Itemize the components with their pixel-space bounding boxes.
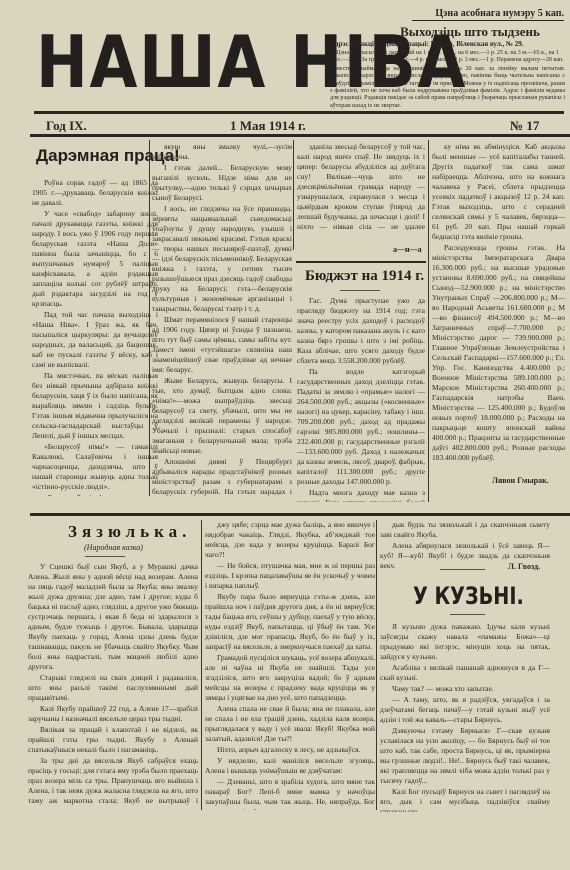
paragraph: ку німа як абмінуціся. Каб акцызы былі м… <box>432 142 565 242</box>
paragraph: Ніхто, апрыч адгалоску в лесу, не адзыва… <box>205 745 375 755</box>
paragraph: Гас. Дума прыступае ужо да прагляду бюдж… <box>297 296 425 366</box>
article-title-kuzni: У КУЗЬНІ. <box>413 582 524 610</box>
paragraph: Па мястэчках, па вёсках паліцыя без ніяк… <box>32 371 158 441</box>
masthead-rule <box>34 111 564 114</box>
column-divider <box>376 520 377 810</box>
paragraph: Пад той час пачала выходзіць і «Наша Нів… <box>32 310 158 370</box>
paragraph: дык будзь ты зязюлькай і да скапчэньня с… <box>380 520 550 540</box>
article-zyazyulka-col3: дык будзь ты зязюлькай і да скапчэньня с… <box>380 520 550 568</box>
article-budget-col1: Гас. Дума прыступае ужо да прагляду бюдж… <box>297 296 425 502</box>
paragraph: — Не бойся, птушачка мая, мне ж ні першы… <box>205 561 375 591</box>
paragraph: — Дзеваньі, што я зрабіла худога, што мя… <box>205 777 375 810</box>
paragraph: джу цябе; сэрца мае дужа баліць, а яно в… <box>205 520 375 560</box>
paragraph: Расходуюцца грошы гэтак. На міністэрства… <box>432 243 565 463</box>
header-rule <box>30 134 570 137</box>
paragraph: — А таму, што, як я радзіўся, увгадаўся … <box>380 695 550 725</box>
paragraph: Асабліва з вялікай пашанай адношуся я да… <box>380 663 550 683</box>
paragraph: Калі Якубу прайшоў 22 год, а Алене 17—зр… <box>28 704 198 724</box>
paragraph: У Сцешкі быў сын Якуб, а у Мурашкі дачка… <box>28 562 198 672</box>
paragraph: зданіла звесьці беларусоў у той час, кал… <box>297 142 425 232</box>
paragraph: Старыкі глядзелі на сваіх дзяцей і радав… <box>28 673 198 703</box>
issue-year: Год IX. <box>46 118 87 134</box>
paragraph: Чаму так? — можа хто запытае. <box>380 684 550 694</box>
column-divider <box>149 140 150 496</box>
paragraph: Па водле катэгорый гасударственных даход… <box>297 367 425 487</box>
column-divider <box>428 140 429 502</box>
article-darem-signature: а—н—а <box>393 245 422 254</box>
title-ornament <box>450 614 485 615</box>
article-budget-signature: Лявон Гмырак. <box>492 476 549 485</box>
issue-price: Цэна асобнага нумэру 5 кап. <box>412 8 564 21</box>
paragraph: Жыве Беларусь, жывуць беларусы. І тые, х… <box>152 376 292 456</box>
section-rule <box>296 261 426 263</box>
paragraph: Алена спала не свае й была; яна не плака… <box>205 704 375 744</box>
paragraph: Роўна сорак гадоў — ад 1865 да 1905 г.—д… <box>32 178 158 208</box>
paragraph: «Беларусоў німа!» — гаманілі Кавалюкі, С… <box>32 442 158 492</box>
article-zyazyulka-col1: У Сцешкі быў сын Якуб, а у Мурашкі дачка… <box>28 562 198 807</box>
issue-number: № 17 <box>510 118 539 134</box>
advertising-terms: Абвесткі прыймаюцца на апошняй страніцы … <box>330 66 565 110</box>
article-title-budget: Бюджэт на 1914 г. <box>305 268 424 285</box>
paragraph: якую яны змалку чулі,—зусім забаронена. <box>152 142 292 162</box>
publication-frequency: Выходзіць што тыдзень <box>380 24 560 40</box>
article-darem-col1: Роўна сорак гадоў — ад 1865 да 1905 г.—д… <box>32 178 158 496</box>
column-divider <box>201 520 202 810</box>
paragraph: «Беларусоў німа!» — гэтак сама абвесьціў… <box>32 493 158 496</box>
title-ornament <box>85 556 125 557</box>
paragraph: У нядзелю, калі маніліся вясельле згуляц… <box>205 756 375 776</box>
paragraph: І вось, не гледзячы на ўсе прашкоды, зер… <box>152 204 292 314</box>
article-budget-col2: ку німа як абмінуціся. Каб акцызы былі м… <box>432 142 565 464</box>
editorial-address: Адрэс рэдакціі і адміністрацыі: Вільня, … <box>330 40 565 49</box>
article-zyazyulka-signature: Л. Гвозд. <box>508 562 540 571</box>
issue-line: Год IX. 1 Мая 1914 г. № 17 <box>0 118 570 134</box>
paragraph: Надта многа даходу мае казна з гарэлкі. … <box>297 488 425 502</box>
issue-date: 1 Мая 1914 г. <box>230 118 306 134</box>
paragraph: Якубу пара было вярнуцца гэты-ж дзень, а… <box>205 592 375 652</box>
paragraph: Апошнімі днямі ў Пецярбургі адбываліся н… <box>152 457 292 498</box>
lower-section-rule <box>30 513 570 516</box>
article-zyazyulka-col2: джу цябе; сэрца мае дужа баліць, а яно в… <box>205 520 375 810</box>
column-divider <box>293 140 294 250</box>
paragraph: Дзякуючы гэтаму Бярнысю Г—ская кузьня ус… <box>380 726 550 786</box>
newspaper-page: НАША НІВА Цэна асобнага нумэру 5 кап. Вы… <box>0 0 570 870</box>
title-ornament <box>340 290 380 291</box>
paragraph: Калі Бог пусьціў Бярнуся на сьвет і пагл… <box>380 787 550 812</box>
paragraph: Вялікая за працай і клапотай і не відзел… <box>28 725 198 755</box>
editorial-info: Адрэс рэдакціі і адміністрацыі: Вільня, … <box>330 40 565 111</box>
paragraph: Шмат перамянілося ў нашай старонцы ад 19… <box>152 315 292 375</box>
article-subtitle-zyazyulka: (Народная казка) <box>84 543 143 552</box>
article-kuzni-col1: Я кузьню дужа паважаю. Ідучы каля кузьні… <box>380 622 550 812</box>
paragraph: І гэтак далей... Беларускую мову выганіл… <box>152 163 292 203</box>
article-darem-col3: зданіла звесьці беларусоў у той час, кал… <box>297 142 425 232</box>
paragraph: Грамадой пусціліся шукаць, усё возера аб… <box>205 653 375 703</box>
paragraph: У часе «свабод» забарону знялі, пачалі д… <box>32 209 158 309</box>
article-darem-col2: якую яны змалку чулі,—зусім забаронена.І… <box>152 142 292 498</box>
paragraph: За тры дні да вясельля Якуб сабраўся еха… <box>28 756 198 807</box>
article-title-zyazyulka: Зязюлька. <box>68 522 191 542</box>
paragraph: Я кузьню дужа паважаю. Ідучы каля кузьні… <box>380 622 550 662</box>
subscription-prices: Цэна з перасылкай і дастаўкай на 1 г. 2 … <box>330 50 565 65</box>
section-ornament <box>440 569 485 570</box>
